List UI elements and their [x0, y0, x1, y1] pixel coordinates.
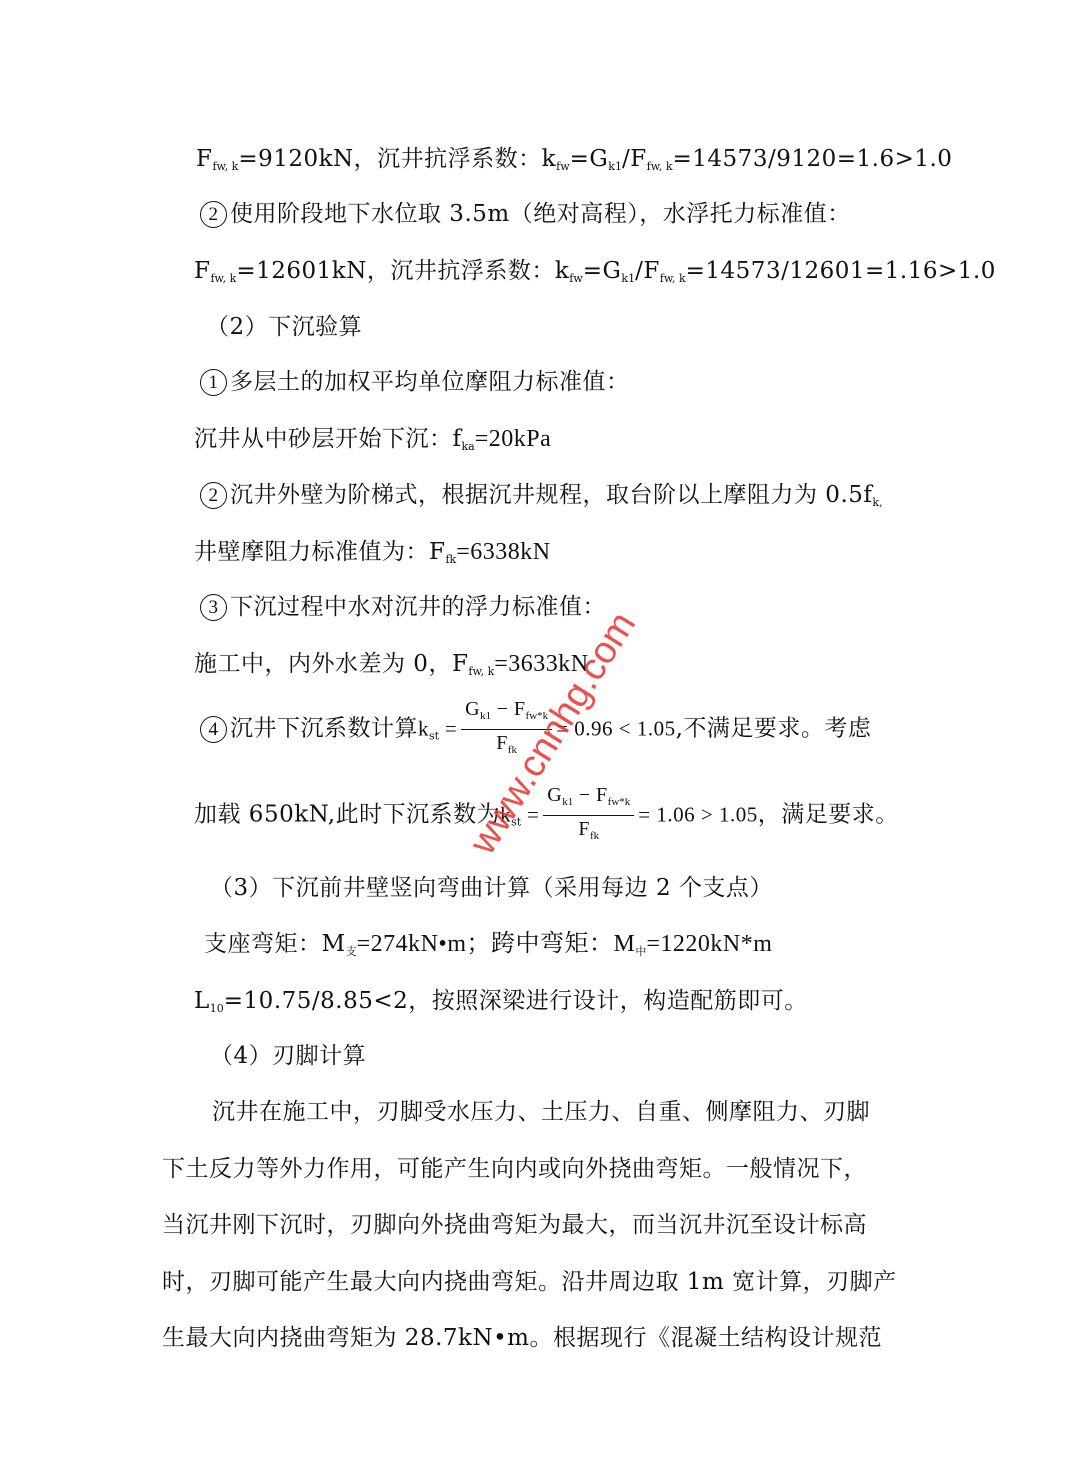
- loaded-coefficient-fraction: Gk1 − Ffw*kFfk: [543, 782, 634, 849]
- circled-number-marker: 3: [200, 594, 227, 621]
- section-heading-3: （3）下沉前井壁竖向弯曲计算（采用每边 2 个支点）: [210, 873, 773, 903]
- circled-number-marker: 1: [200, 369, 227, 396]
- circled-number-marker: 2: [200, 482, 227, 509]
- wall-friction-line: 井壁摩阻力标准值为：Ffk=6338kN: [194, 537, 551, 575]
- item-1-friction: 1多层土的加权平均单位摩阻力标准值：: [200, 367, 630, 397]
- circled-number-marker: 4: [200, 716, 227, 743]
- sinking-start-line: 沉井从中砂层开始下沉：fka=20kPa: [194, 424, 551, 462]
- float-coefficient-line-1: Ffw, k=9120kN，沉井抗浮系数：kfw=Gk1/Ffw, k=1457…: [196, 144, 952, 182]
- paragraph-line-5: 生最大向内挠曲弯矩为 28.7kN•m。根据现行《混凝土结构设计规范: [162, 1323, 882, 1353]
- bending-moment-line: 支座弯矩：M支=274kN•m；跨中弯矩：M中=1220kN*m: [204, 929, 772, 967]
- loaded-sinking-coefficient: 加载 650kN,此时下沉系数为kst =Gk1 − Ffw*kFfk= 1.0…: [194, 782, 899, 853]
- paragraph-line-3: 当沉井刚下沉时，刃脚向外挠曲弯矩为最大，而当沉井沉至设计标高: [162, 1210, 867, 1240]
- float-coefficient-line-2: Ffw, k=12601kN，沉井抗浮系数：kfw=Gk1/Ffw, k=145…: [194, 256, 996, 294]
- circled-number-marker: 2: [200, 201, 227, 228]
- item-3-buoyancy: 3下沉过程中水对沉井的浮力标准值：: [200, 592, 606, 622]
- construction-water-line: 施工中，内外水差为 0，Ffw, k=3633kN: [194, 649, 589, 687]
- paragraph-line-1: 沉井在施工中，刃脚受水压力、土压力、自重、侧摩阻力、刃脚: [212, 1097, 870, 1127]
- item-2-stepped-wall: 2沉井外壁为阶梯式，根据沉井规程，取台阶以上摩阻力为 0.5fk,: [200, 480, 883, 518]
- paragraph-line-2: 下土反力等外力作用，可能产生向内或向外挠曲弯矩。一般情况下，: [162, 1154, 867, 1184]
- section-heading-4: （4）刃脚计算: [210, 1041, 366, 1071]
- item-2-usage-stage: 2使用阶段地下水位取 3.5m（绝对高程），水浮托力标准值：: [200, 199, 851, 229]
- paragraph-line-4: 时，刃脚可能产生最大向内挠曲弯矩。沿井周边取 1m 宽计算，刃脚产: [162, 1267, 897, 1297]
- section-heading-2: （2）下沉验算: [206, 312, 362, 342]
- deep-beam-line: L10=10.75/8.85<2，按照深梁进行设计，构造配筋即可。: [194, 986, 808, 1024]
